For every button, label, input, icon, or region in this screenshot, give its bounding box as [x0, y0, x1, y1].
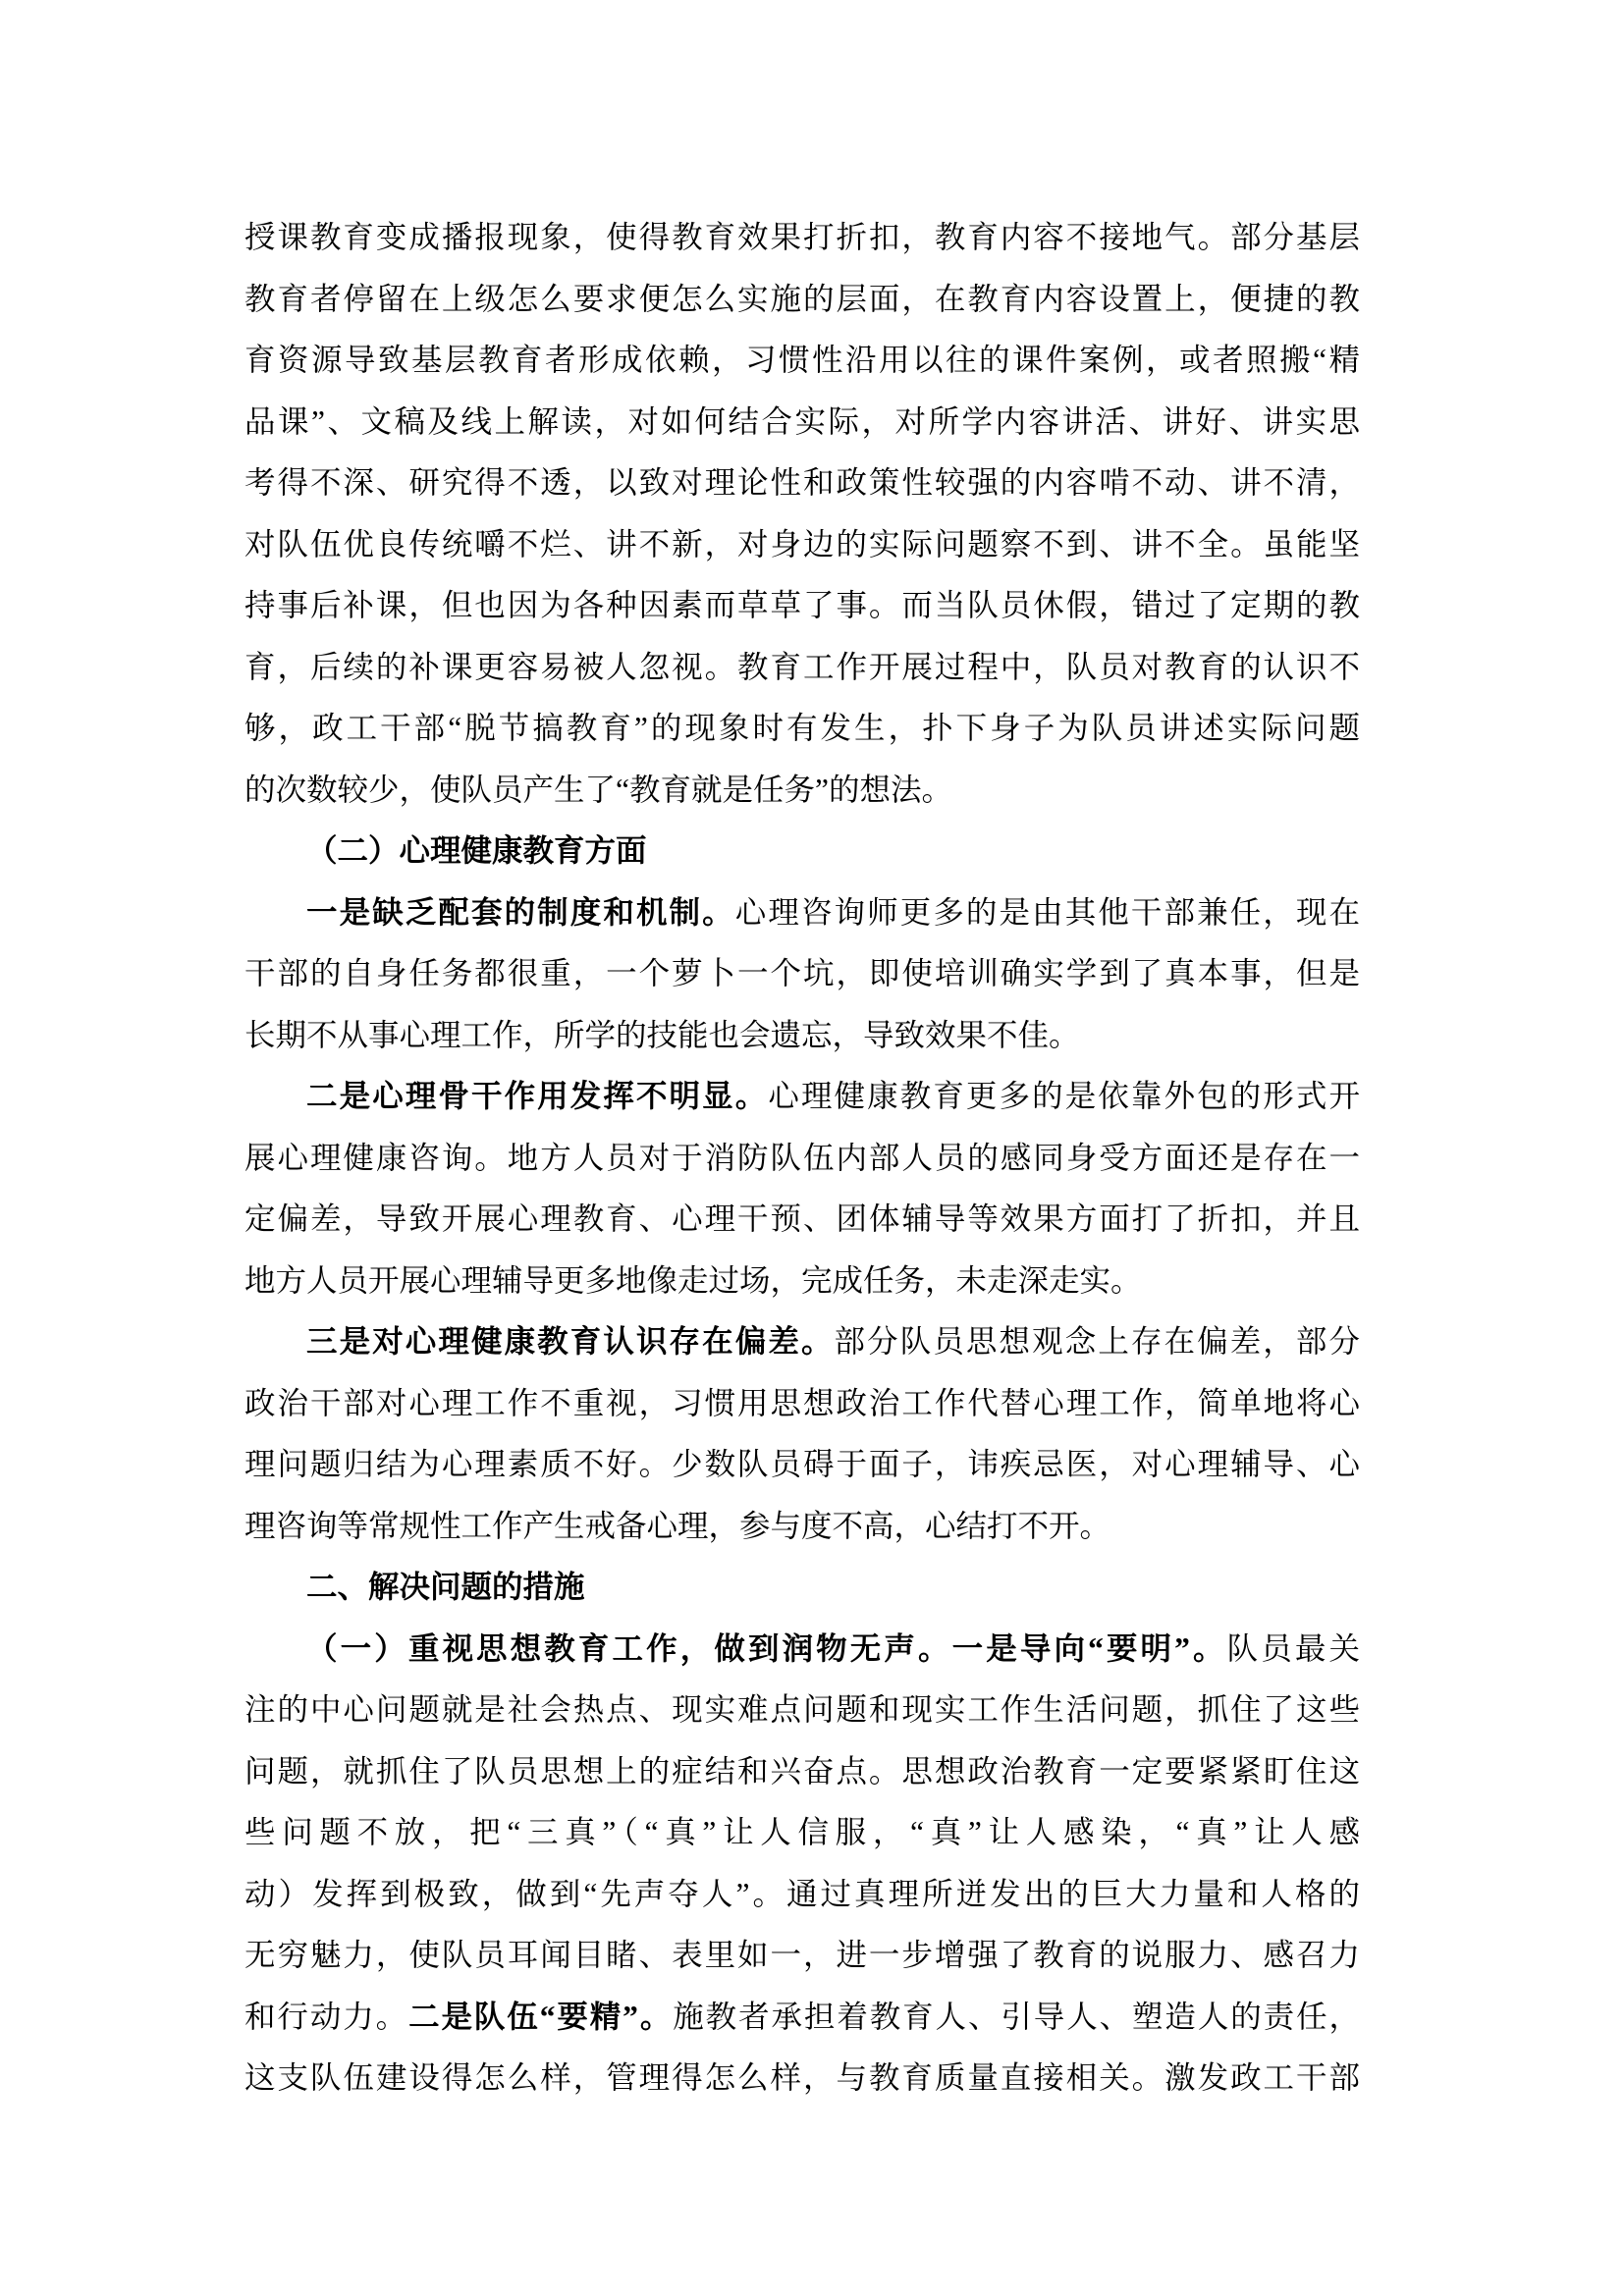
- text-run: 施教者承担着教育人、引导人、塑造人的责任，: [673, 2000, 1360, 2034]
- text-run: 够，政工干部“脱节搞教育”的现象时有发生，扑下身子为队员讲述实际问题: [244, 711, 1360, 745]
- text-run: 队员最关: [1227, 1631, 1360, 1666]
- bold-text-run: 二是心理骨干作用发挥不明显。: [306, 1079, 768, 1113]
- text-line: 授课教育变成播报现象，使得教育效果打折扣，教育内容不接地气。部分基层: [244, 207, 1360, 269]
- text-run: 理咨询等常规性工作产生戒备心理，参与度不高，心结打不开。: [244, 1509, 1110, 1543]
- text-run: 部分队员思想观念上存在偏差，部分: [835, 1324, 1360, 1359]
- text-run: 品课”、文稿及线上解读，对如何结合实际，对所学内容讲活、讲好、讲实思: [244, 404, 1360, 439]
- text-line: 考得不深、研究得不透，以致对理论性和政策性较强的内容啃不动、讲不清，: [244, 453, 1360, 514]
- text-run: 和行动力。: [244, 2000, 408, 2034]
- heading-line: 二、解决问题的措施: [244, 1557, 1360, 1619]
- text-run: 的次数较少，使队员产生了“教育就是任务”的想法。: [244, 773, 952, 807]
- bold-text-run: 二是队伍“要精”。: [408, 2000, 673, 2034]
- text-run: 理问题归结为心理素质不好。少数队员碍于面子，讳疾忌医，对心理辅导、心: [244, 1447, 1360, 1481]
- document-body: 授课教育变成播报现象，使得教育效果打折扣，教育内容不接地气。部分基层教育者停留在…: [244, 207, 1360, 2109]
- text-run: 问题，就抓住了队员思想上的症结和兴奋点。思想政治教育一定要紧紧盯住这: [244, 1754, 1360, 1789]
- bold-text-run: （一）重视思想教育工作，做到润物无声。一是导向“要明”。: [306, 1631, 1227, 1666]
- text-run: 地方人员开展心理辅导更多地像走过场，完成任务，未走深走实。: [244, 1263, 1142, 1298]
- text-line: 二是心理骨干作用发挥不明显。心理健康教育更多的是依靠外包的形式开: [244, 1066, 1360, 1128]
- text-run: 对队伍优良传统嚼不烂、讲不新，对身边的实际问题察不到、讲不全。虽能坚: [244, 527, 1360, 561]
- text-line: 持事后补课，但也因为各种因素而草草了事。而当队员休假，错过了定期的教: [244, 575, 1360, 637]
- bold-text-run: （二）心理健康教育方面: [306, 833, 647, 868]
- text-run: 定偏差，导致开展心理教育、心理干预、团体辅导等效果方面打了折扣，并且: [244, 1201, 1360, 1236]
- text-run: 育资源导致基层教育者形成依赖，习惯性沿用以往的课件案例，或者照搬“精: [244, 343, 1360, 377]
- text-line: 这支队伍建设得怎么样，管理得怎么样，与教育质量直接相关。激发政工干部: [244, 2048, 1360, 2109]
- text-line: 育资源导致基层教育者形成依赖，习惯性沿用以往的课件案例，或者照搬“精: [244, 330, 1360, 392]
- text-line: 理问题归结为心理素质不好。少数队员碍于面子，讳疾忌医，对心理辅导、心: [244, 1434, 1360, 1496]
- text-run: 干部的自身任务都很重，一个萝卜一个坑，即使培训确实学到了真本事，但是: [244, 956, 1360, 990]
- text-line: 育，后续的补课更容易被人忽视。教育工作开展过程中，队员对教育的认识不: [244, 637, 1360, 699]
- text-run: 心理咨询师更多的是由其他干部兼任，现在: [735, 895, 1360, 930]
- bold-text-run: 三是对心理健康教育认识存在偏差。: [306, 1324, 835, 1359]
- text-line: 的次数较少，使队员产生了“教育就是任务”的想法。: [244, 760, 1360, 822]
- text-line: 干部的自身任务都很重，一个萝卜一个坑，即使培训确实学到了真本事，但是: [244, 943, 1360, 1005]
- text-line: （一）重视思想教育工作，做到润物无声。一是导向“要明”。队员最关: [244, 1619, 1360, 1681]
- text-run: 注的中心问题就是社会热点、现实难点问题和现实工作生活问题，抓住了这些: [244, 1692, 1360, 1727]
- text-line: 够，政工干部“脱节搞教育”的现象时有发生，扑下身子为队员讲述实际问题: [244, 698, 1360, 760]
- document-page: 授课教育变成播报现象，使得教育效果打折扣，教育内容不接地气。部分基层教育者停留在…: [0, 0, 1624, 2296]
- text-line: 展心理健康咨询。地方人员对于消防队伍内部人员的感同身受方面还是存在一: [244, 1128, 1360, 1190]
- text-run: 展心理健康咨询。地方人员对于消防队伍内部人员的感同身受方面还是存在一: [244, 1141, 1360, 1175]
- text-line: 理咨询等常规性工作产生戒备心理，参与度不高，心结打不开。: [244, 1496, 1360, 1558]
- text-line: 长期不从事心理工作，所学的技能也会遗忘，导致效果不佳。: [244, 1005, 1360, 1067]
- text-run: 考得不深、研究得不透，以致对理论性和政策性较强的内容啃不动、讲不清，: [244, 465, 1360, 500]
- text-line: 政治干部对心理工作不重视，习惯用思想政治工作代替心理工作，简单地将心: [244, 1373, 1360, 1435]
- bold-text-run: 二、解决问题的措施: [306, 1570, 585, 1604]
- text-line: 一是缺乏配套的制度和机制。心理咨询师更多的是由其他干部兼任，现在: [244, 882, 1360, 944]
- text-line: 无穷魅力，使队员耳闻目睹、表里如一，进一步增强了教育的说服力、感召力: [244, 1925, 1360, 1987]
- text-line: 对队伍优良传统嚼不烂、讲不新，对身边的实际问题察不到、讲不全。虽能坚: [244, 514, 1360, 576]
- text-run: 些问题不放，把“三真”（“真”让人信服，“真”让人感染，“真”让人感: [244, 1815, 1360, 1849]
- text-line: 教育者停留在上级怎么要求便怎么实施的层面，在教育内容设置上，便捷的教: [244, 269, 1360, 331]
- text-run: 长期不从事心理工作，所学的技能也会遗忘，导致效果不佳。: [244, 1018, 1080, 1052]
- text-run: 心理健康教育更多的是依靠外包的形式开: [768, 1079, 1360, 1113]
- text-line: 地方人员开展心理辅导更多地像走过场，完成任务，未走深走实。: [244, 1251, 1360, 1312]
- text-line: 和行动力。二是队伍“要精”。施教者承担着教育人、引导人、塑造人的责任，: [244, 1987, 1360, 2049]
- text-run: 持事后补课，但也因为各种因素而草草了事。而当队员休假，错过了定期的教: [244, 588, 1360, 622]
- text-line: 注的中心问题就是社会热点、现实难点问题和现实工作生活问题，抓住了这些: [244, 1680, 1360, 1741]
- text-line: 动）发挥到极致，做到“先声夺人”。通过真理所迸发出的巨大力量和人格的: [244, 1864, 1360, 1926]
- text-run: 这支队伍建设得怎么样，管理得怎么样，与教育质量直接相关。激发政工干部: [244, 2060, 1360, 2095]
- text-line: 些问题不放，把“三真”（“真”让人信服，“真”让人感染，“真”让人感: [244, 1802, 1360, 1864]
- bold-text-run: 一是缺乏配套的制度和机制。: [306, 895, 735, 930]
- text-run: 育，后续的补课更容易被人忽视。教育工作开展过程中，队员对教育的认识不: [244, 650, 1360, 684]
- text-run: 政治干部对心理工作不重视，习惯用思想政治工作代替心理工作，简单地将心: [244, 1386, 1360, 1420]
- text-run: 教育者停留在上级怎么要求便怎么实施的层面，在教育内容设置上，便捷的教: [244, 282, 1360, 316]
- text-line: 品课”、文稿及线上解读，对如何结合实际，对所学内容讲活、讲好、讲实思: [244, 392, 1360, 454]
- text-run: 授课教育变成播报现象，使得教育效果打折扣，教育内容不接地气。部分基层: [244, 220, 1360, 254]
- text-line: 定偏差，导致开展心理教育、心理干预、团体辅导等效果方面打了折扣，并且: [244, 1189, 1360, 1251]
- heading-line: （二）心理健康教育方面: [244, 821, 1360, 882]
- text-run: 动）发挥到极致，做到“先声夺人”。通过真理所迸发出的巨大力量和人格的: [244, 1877, 1360, 1911]
- text-line: 问题，就抓住了队员思想上的症结和兴奋点。思想政治教育一定要紧紧盯住这: [244, 1741, 1360, 1803]
- text-line: 三是对心理健康教育认识存在偏差。部分队员思想观念上存在偏差，部分: [244, 1311, 1360, 1373]
- text-run: 无穷魅力，使队员耳闻目睹、表里如一，进一步增强了教育的说服力、感召力: [244, 1938, 1360, 1972]
